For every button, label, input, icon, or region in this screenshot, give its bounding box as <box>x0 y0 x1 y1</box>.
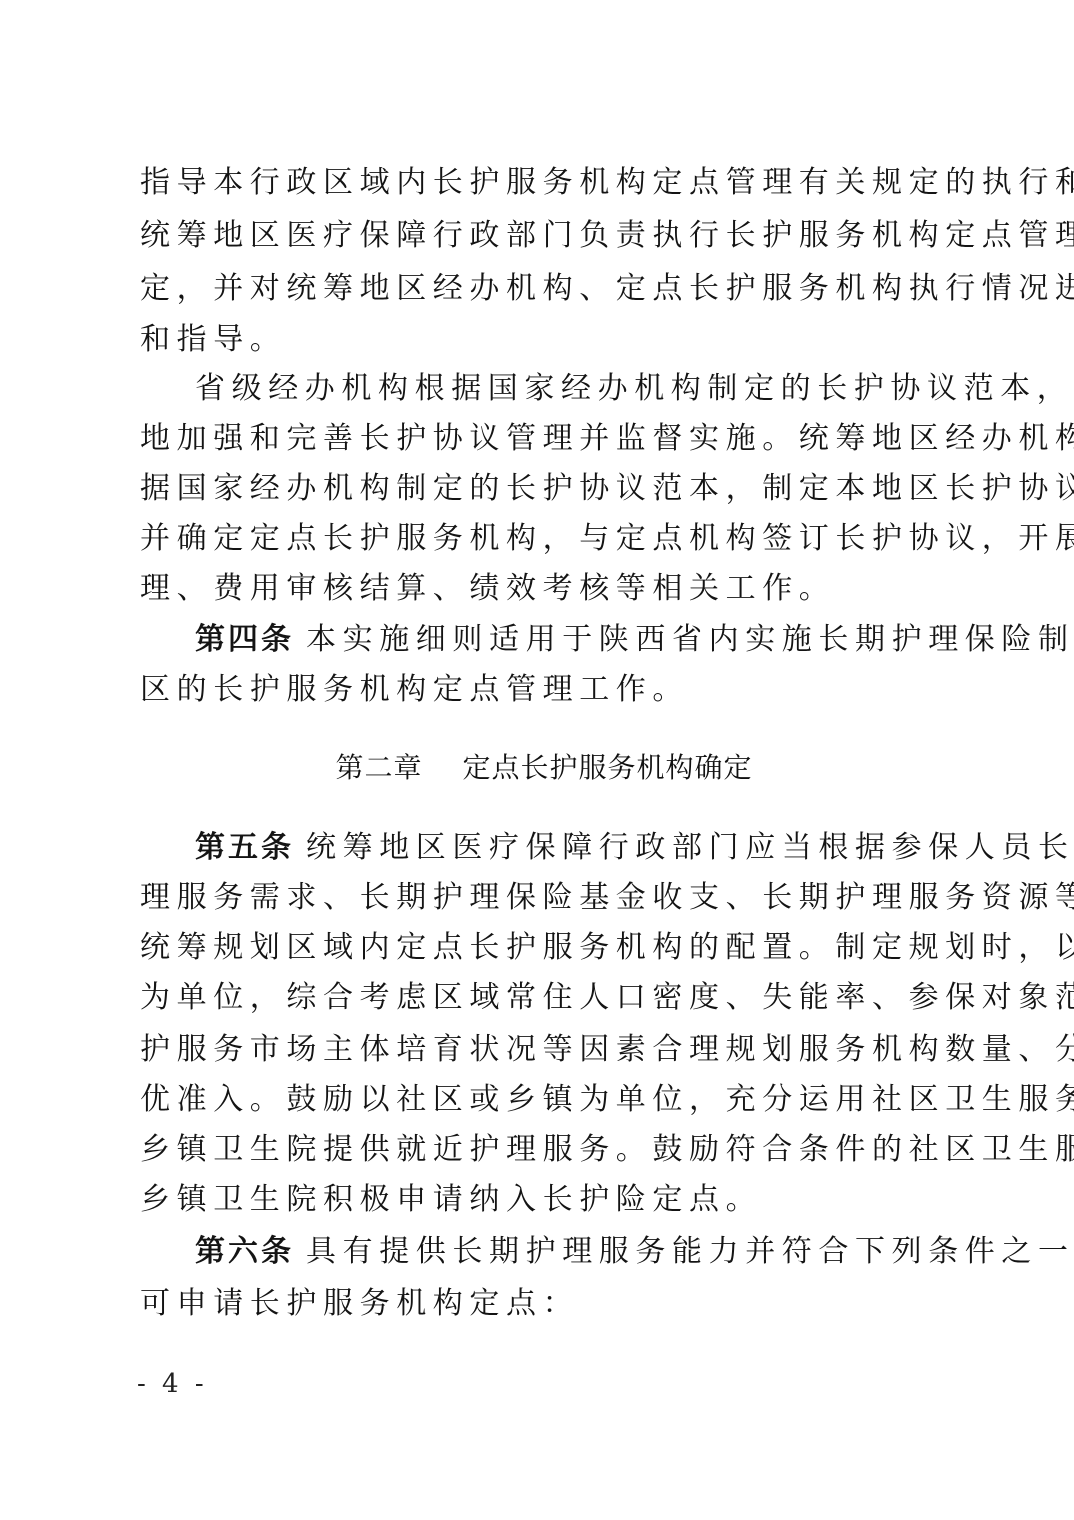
article-label: 第五条 <box>195 830 294 865</box>
article-text: 统筹地区医疗保障行政部门应当根据参保人员长期护 <box>306 830 1074 865</box>
chapter-number: 第二章 <box>335 751 422 784</box>
paragraph-line: 并确定定点长护服务机构，与定点机构签订长护协议，开展协议管 <box>140 514 960 564</box>
paragraph-line: 理、费用审核结算、绩效考核等相关工作。 <box>140 564 960 614</box>
article-label: 第四条 <box>195 622 294 657</box>
paragraph-line: 可申请长护服务机构定点： <box>140 1279 960 1329</box>
paragraph-line: 据国家经办机构制定的长护协议范本，制定本地区长护协议范本， <box>140 464 960 514</box>
paragraph-line: 统筹规划区域内定点长护服务机构的配置。制定规划时，以县（区） <box>140 923 960 973</box>
article-4-line: 第四条本实施细则适用于陕西省内实施长期护理保险制度地 <box>195 615 1015 665</box>
paragraph-line: 定，并对统筹地区经办机构、定点长护服务机构执行情况进行监督 <box>140 264 960 314</box>
page-number: - 4 - <box>137 1366 208 1402</box>
article-text: 本实施细则适用于陕西省内实施长期护理保险制度地 <box>306 622 1074 657</box>
paragraph-line: 为单位，综合考虑区域常住人口密度、失能率、参保对象范围、长 <box>140 973 960 1023</box>
article-5-line: 第五条统筹地区医疗保障行政部门应当根据参保人员长期护 <box>195 823 1015 873</box>
paragraph-line: 统筹地区医疗保障行政部门负责执行长护服务机构定点管理有关规 <box>140 211 960 261</box>
paragraph-line: 乡镇卫生院提供就近护理服务。鼓励符合条件的社区卫生服务中心、 <box>140 1125 960 1175</box>
article-label: 第六条 <box>195 1234 294 1269</box>
paragraph-line: 省级经办机构根据国家经办机构制定的长护协议范本，指导各 <box>195 364 1015 414</box>
paragraph-line: 护服务市场主体培育状况等因素合理规划服务机构数量、分布并择 <box>140 1025 960 1075</box>
chapter-heading: 第二章定点长护服务机构确定 <box>0 743 1074 793</box>
article-text: 具有提供长期护理服务能力并符合下列条件之一的， <box>306 1234 1074 1269</box>
article-6-line: 第六条具有提供长期护理服务能力并符合下列条件之一的， <box>195 1227 1015 1277</box>
chapter-title: 定点长护服务机构确定 <box>463 751 753 784</box>
paragraph-line: 地加强和完善长护协议管理并监督实施。统筹地区经办机构负责根 <box>140 414 960 464</box>
paragraph-line: 乡镇卫生院积极申请纳入长护险定点。 <box>140 1175 960 1225</box>
paragraph-line: 理服务需求、长期护理保险基金收支、长期护理服务资源等情况， <box>140 873 960 923</box>
paragraph-line: 和指导。 <box>140 315 960 365</box>
paragraph-line: 区的长护服务机构定点管理工作。 <box>140 665 960 715</box>
document-page: 指导本行政区域内长护服务机构定点管理有关规定的执行和落实。 统筹地区医疗保障行政… <box>0 0 1074 1520</box>
paragraph-line: 优准入。鼓励以社区或乡镇为单位，充分运用社区卫生服务机构、 <box>140 1075 960 1125</box>
paragraph-line: 指导本行政区域内长护服务机构定点管理有关规定的执行和落实。 <box>140 158 960 208</box>
